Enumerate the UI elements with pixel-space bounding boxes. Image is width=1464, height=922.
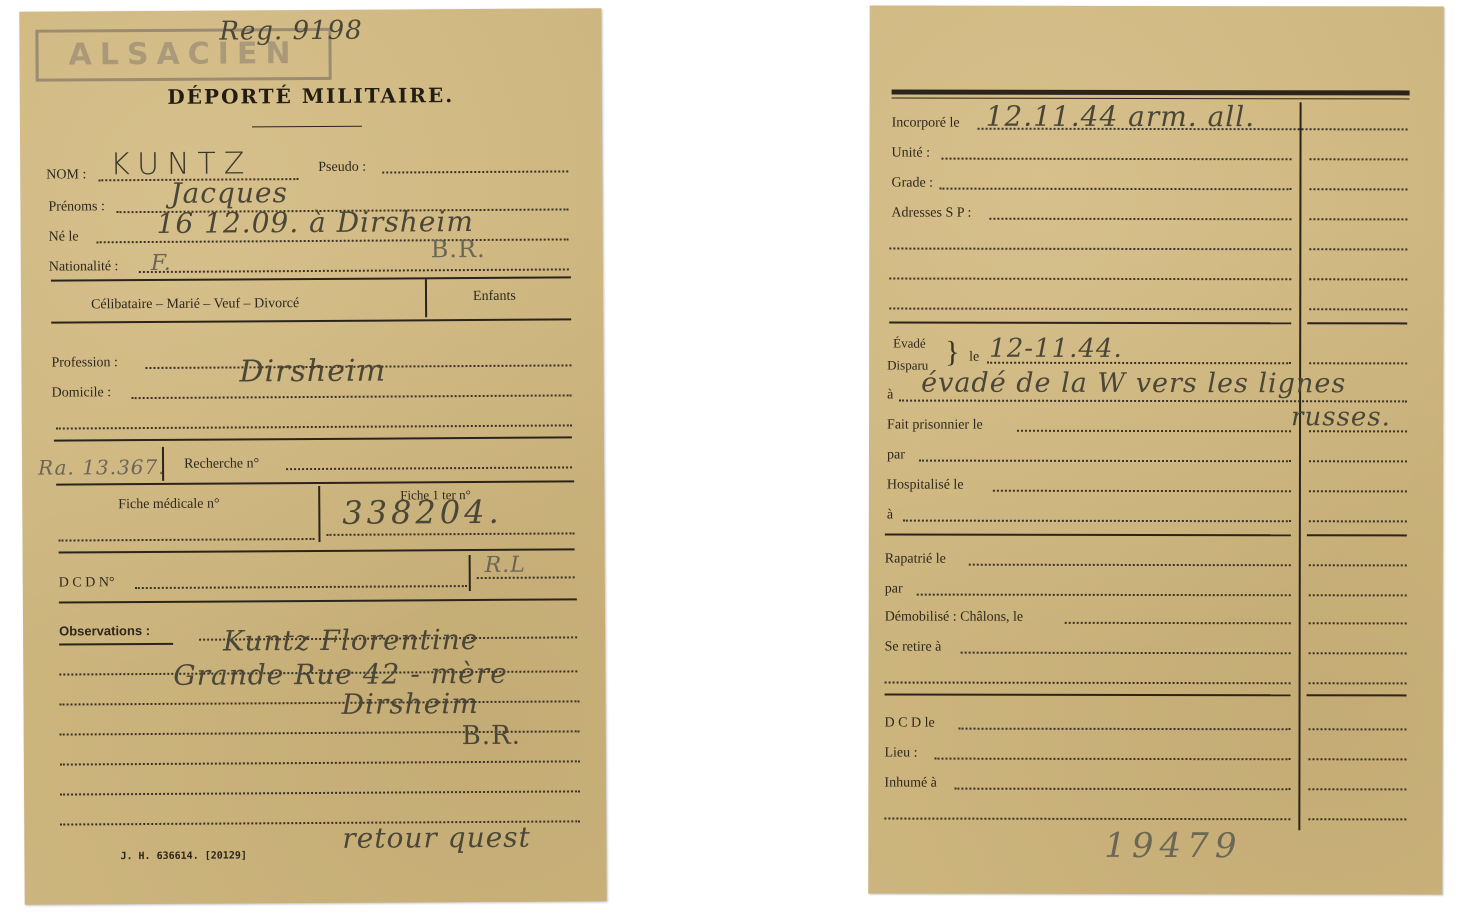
hospitalise-line[interactable] xyxy=(993,490,1291,493)
top-rule xyxy=(892,90,1410,96)
observations-line-1[interactable]: Kuntz Florentine xyxy=(223,623,479,658)
divider xyxy=(51,276,571,281)
par-2-line[interactable] xyxy=(917,594,1291,597)
dcd-side-line xyxy=(477,576,575,579)
blank-side-line xyxy=(1308,818,1406,820)
observations-line xyxy=(60,790,580,795)
domicile-line xyxy=(132,394,572,399)
divider xyxy=(469,555,471,591)
blank-line xyxy=(889,278,1291,281)
pseudo-label: Pseudo : xyxy=(318,160,366,176)
hospitalise-side-line xyxy=(1309,490,1407,492)
recherche-line[interactable] xyxy=(286,466,572,470)
hospitalise-a-side-line xyxy=(1309,520,1407,522)
fiche-medicale-line[interactable] xyxy=(59,538,315,542)
fait-prisonnier-label: Fait prisonnier le xyxy=(887,418,983,434)
fiche-medicale-label: Fiche médicale n° xyxy=(118,497,219,514)
unite-label: Unité : xyxy=(892,146,931,162)
blank-line xyxy=(889,308,1291,311)
adresses-sp-side-line xyxy=(1309,218,1407,220)
hospitalise-a-line[interactable] xyxy=(903,520,1291,523)
blank-side-line xyxy=(1309,308,1407,310)
dcd-le-side-line xyxy=(1309,728,1407,730)
dcd-line[interactable] xyxy=(135,585,467,589)
prenoms-value[interactable]: Jacques xyxy=(170,176,288,210)
blank-side-line xyxy=(1309,278,1407,280)
reference-handwritten: Ra. 13.367. xyxy=(38,455,166,480)
observations-underline xyxy=(59,643,173,646)
evade-label: Évadé xyxy=(893,336,926,352)
inhume-line[interactable] xyxy=(954,788,1290,791)
blank-side-line xyxy=(1309,682,1407,684)
adresses-sp-label: Adresses S P : xyxy=(891,206,971,222)
incorpore-label: Incorporé le xyxy=(892,116,960,132)
se-retire-line[interactable] xyxy=(961,652,1291,655)
evade-le-value[interactable]: 12-11.44. xyxy=(989,334,1123,364)
blank-side-line xyxy=(1309,248,1407,250)
evade-a-label: à xyxy=(887,388,893,404)
hospitalise-a-label: à xyxy=(887,508,893,524)
demobilise-line[interactable] xyxy=(1065,622,1291,624)
rapatrie-label: Rapatrié le xyxy=(885,552,946,568)
card-title: DÉPORTÉ MILITAIRE. xyxy=(20,82,602,110)
demobilise-side-line xyxy=(1309,622,1407,624)
unite-line[interactable] xyxy=(942,158,1292,161)
pseudo-line[interactable] xyxy=(382,170,568,173)
fait-prisonnier-line[interactable] xyxy=(1017,430,1291,432)
fiche-1ter-value[interactable]: 338204. xyxy=(342,493,503,532)
divider xyxy=(885,534,1291,537)
blank-line xyxy=(884,818,1290,821)
grade-label: Grade : xyxy=(891,176,933,192)
se-retire-side-line xyxy=(1309,652,1407,654)
marital-status-options[interactable]: Célibataire – Marié – Veuf – Divorcé xyxy=(91,296,299,313)
blank-line xyxy=(885,682,1291,685)
blank-line xyxy=(889,248,1291,251)
nationalite-value[interactable]: F. xyxy=(151,251,172,276)
footer-note: retour quest xyxy=(342,821,531,855)
divider xyxy=(1307,322,1407,324)
nationalite-line xyxy=(139,268,569,273)
par-side-line xyxy=(1309,460,1407,462)
divider xyxy=(1307,694,1407,696)
se-retire-label: Se retire à xyxy=(885,640,942,656)
par-line[interactable] xyxy=(919,460,1291,463)
adresses-sp-line[interactable] xyxy=(989,218,1291,221)
prenoms-label: Prénoms : xyxy=(48,199,104,215)
divider xyxy=(56,480,574,485)
brace: } xyxy=(945,336,959,370)
observations-line xyxy=(60,700,580,705)
nom-label: NOM : xyxy=(46,167,86,183)
par-2-side-line xyxy=(1309,594,1407,596)
evade-a-value[interactable]: évadé de la W vers les lignes xyxy=(921,368,1346,400)
unite-side-line xyxy=(1310,158,1408,160)
divider xyxy=(51,318,571,323)
ne-le-label: Né le xyxy=(49,229,79,245)
divider xyxy=(59,598,577,603)
lieu-side-line xyxy=(1308,758,1406,760)
profession-label: Profession : xyxy=(51,355,118,371)
lieu-label: Lieu : xyxy=(884,746,917,762)
grade-side-line xyxy=(1309,188,1407,190)
dcd-label: D C D N° xyxy=(59,575,115,591)
deporte-militaire-card-back: Incorporé le 12.11.44 arm. all. Unité : … xyxy=(868,5,1444,894)
divider xyxy=(885,694,1291,697)
inhume-label: Inhumé à xyxy=(884,776,937,792)
ne-le-value[interactable]: 16 12.09. à Dirsheim xyxy=(156,205,474,240)
par-label: par xyxy=(887,448,905,464)
title-underline xyxy=(252,126,362,128)
divider xyxy=(889,322,1291,325)
observations-line-3[interactable]: Dirsheim xyxy=(341,687,478,721)
inhume-side-line xyxy=(1308,788,1406,790)
observations-line-4[interactable]: B.R. xyxy=(462,721,521,751)
evade-side-line xyxy=(1309,362,1407,364)
hospitalise-label: Hospitalisé le xyxy=(887,478,964,494)
evade-le-label: le xyxy=(969,350,979,366)
grade-line[interactable] xyxy=(939,188,1291,191)
dcd-side-note: R.L xyxy=(485,553,526,578)
dcd-le-line[interactable] xyxy=(959,728,1291,731)
rapatrie-line[interactable] xyxy=(969,564,1291,567)
domicile-value[interactable]: Dirsheim xyxy=(239,354,386,390)
column-divider xyxy=(1298,102,1301,830)
divider xyxy=(318,486,320,542)
divider xyxy=(1307,534,1407,536)
evade-a-continuation: russes. xyxy=(1291,402,1391,432)
fiche-1ter-line xyxy=(326,532,574,536)
printer-code: J. H. 636614. [20129] xyxy=(120,850,247,862)
dcd-le-label: D C D le xyxy=(885,716,935,732)
demobilise-label: Démobilisé : Châlons, le xyxy=(885,610,1023,626)
domicile-line-2 xyxy=(56,424,572,429)
divider xyxy=(54,436,572,441)
observations-label: Observations : xyxy=(59,623,150,639)
par-2-label: par xyxy=(885,582,903,598)
incorpore-value[interactable]: 12.11.44 arm. all. xyxy=(986,100,1256,133)
observations-line xyxy=(60,760,580,765)
domicile-label: Domicile : xyxy=(52,385,112,401)
recherche-label: Recherche n° xyxy=(184,456,259,472)
bottom-number: 19479 xyxy=(1104,826,1242,866)
divider xyxy=(162,447,164,481)
registry-number: Reg. 9198 xyxy=(219,16,362,47)
divider xyxy=(425,279,427,317)
enfants-label: Enfants xyxy=(473,289,516,305)
nationalite-label: Nationalité : xyxy=(49,259,119,275)
deporte-militaire-card-front: ALSACIEN Reg. 9198 DÉPORTÉ MILITAIRE. NO… xyxy=(19,8,606,905)
ne-le-suffix: B.R. xyxy=(431,235,486,263)
rapatrie-side-line xyxy=(1309,564,1407,566)
fait-prisonnier-side-line xyxy=(1309,430,1407,432)
lieu-line[interactable] xyxy=(934,758,1290,761)
